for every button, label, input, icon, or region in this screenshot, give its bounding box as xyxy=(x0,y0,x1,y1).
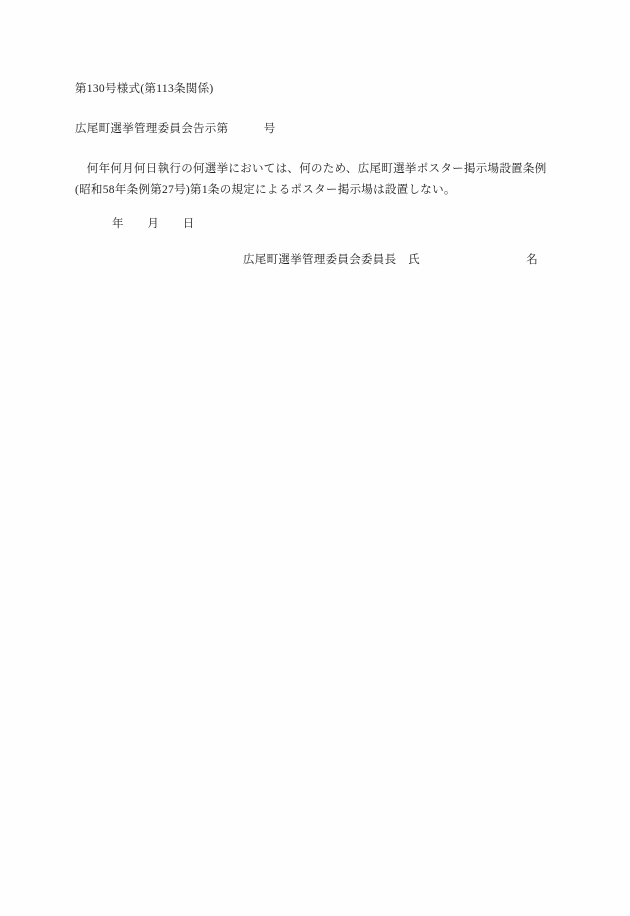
body-line-1: 何年何月何日執行の何選挙においては、何のため、広尾町選挙ポスター掲示場設置条例 xyxy=(75,159,557,180)
form-number: 第130号様式(第113条関係) xyxy=(75,79,557,100)
body-line-2: (昭和58年条例第27号)第1条の規定によるポスター掲示場は設置しない。 xyxy=(75,180,557,201)
document-content: 第130号様式(第113条関係) 広尾町選挙管理委員会告示第 号 何年何月何日執… xyxy=(75,79,557,271)
signature-line: 広尾町選挙管理委員会委員長 氏 名 xyxy=(243,250,557,271)
body-paragraph: 何年何月何日執行の何選挙においては、何のため、広尾町選挙ポスター掲示場設置条例 … xyxy=(75,159,557,201)
notice-title: 広尾町選挙管理委員会告示第 号 xyxy=(75,119,557,140)
date-line: 年 月 日 xyxy=(112,214,557,235)
document-page: 第130号様式(第113条関係) 広尾町選挙管理委員会告示第 号 何年何月何日執… xyxy=(0,0,630,916)
